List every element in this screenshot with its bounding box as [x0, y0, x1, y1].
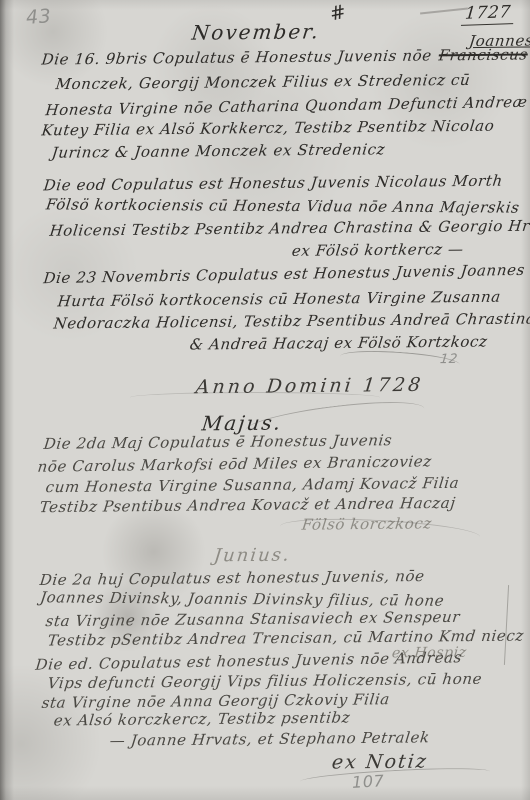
manuscript-line: Joannes Divinsky, Joannis Divinsky filiu… [39, 588, 445, 610]
hash-mark: # [328, 1, 349, 26]
manuscript-line: Die 16. 9bris Copulatus ē Honestus Juven… [41, 45, 529, 68]
page-edge-line [420, 7, 468, 14]
manuscript-line: Die 2da Maj Copulatus ē Honestus Juvenis [43, 431, 393, 453]
manuscript-line: Monczek, Georgij Monczek Filius ex Stred… [55, 71, 472, 93]
manuscript-line: ex Fölsö kortkercz — [291, 240, 465, 260]
manuscript-line: Testibz Psentibus Andrea Kovacž et Andre… [39, 494, 457, 516]
corrected-name: Joannes [468, 31, 530, 50]
manuscript-line: ex Alsó korczkercz, Testibz psentibz [53, 708, 351, 729]
manuscript-line: Hurta Fölsö kortkocensis cū Honesta Virg… [57, 288, 502, 311]
manuscript-line: Fölsö kortkociensis cū Honesta Vidua nōe… [45, 195, 521, 216]
manuscript-page: 43 # 1727 November. Die 16. 9bris Copula… [0, 0, 530, 800]
manuscript-line: Kutey Filia ex Alsö Korkkercz, Testibz P… [41, 117, 496, 140]
manuscript-line: Die eod Copulatus est Honestus Juvenis N… [43, 172, 504, 195]
flourish-stroke [130, 392, 380, 403]
manuscript-line: Vips defuncti Georgij Vips filius Holicz… [47, 670, 483, 693]
manuscript-line: & Andreā Haczaj ex Fölsö Kortzkocz [189, 332, 489, 353]
month-header-junius: Junius. [213, 545, 292, 567]
manuscript-line: Holicensi Testibz Psentibz Andrea Chrast… [49, 216, 530, 240]
page-number-pencil: 107 [352, 771, 385, 792]
margin-number-pencil: 12 [439, 352, 458, 367]
manuscript-line: sta Virgine nōe Zusanna Stanisaviech ex … [45, 608, 461, 630]
line-text: Die 16. 9bris Copulatus ē Honestus Juven… [41, 46, 433, 68]
manuscript-line: Jurincz & Joanne Monczek ex Stredenicz [51, 140, 386, 161]
month-header-november: November. [191, 19, 322, 44]
manuscript-line: Honesta Virgine nōe Catharina Quondam De… [45, 93, 529, 119]
manuscript-line: Die 2a huj Copulatus est honestus Juveni… [39, 567, 426, 589]
manuscript-line: Nedoraczka Holicensi, Testibz Psentibus … [53, 309, 530, 332]
paper-crease [504, 585, 509, 665]
manuscript-line: cum Honesta Virgine Susanna, Adamj Kovac… [45, 474, 461, 496]
manuscript-line: — Joanne Hrvats, et Stephano Petralek [109, 728, 431, 749]
manuscript-line: Die 23 Novembris Copulatus est Honestus … [43, 261, 526, 287]
year-heading: 1727 [461, 2, 515, 26]
flourish-stroke [280, 515, 481, 548]
folio-number-pencil: 43 [25, 5, 52, 29]
manuscript-line: nōe Carolus Markofsi eōd Miles ex Branic… [37, 452, 433, 475]
